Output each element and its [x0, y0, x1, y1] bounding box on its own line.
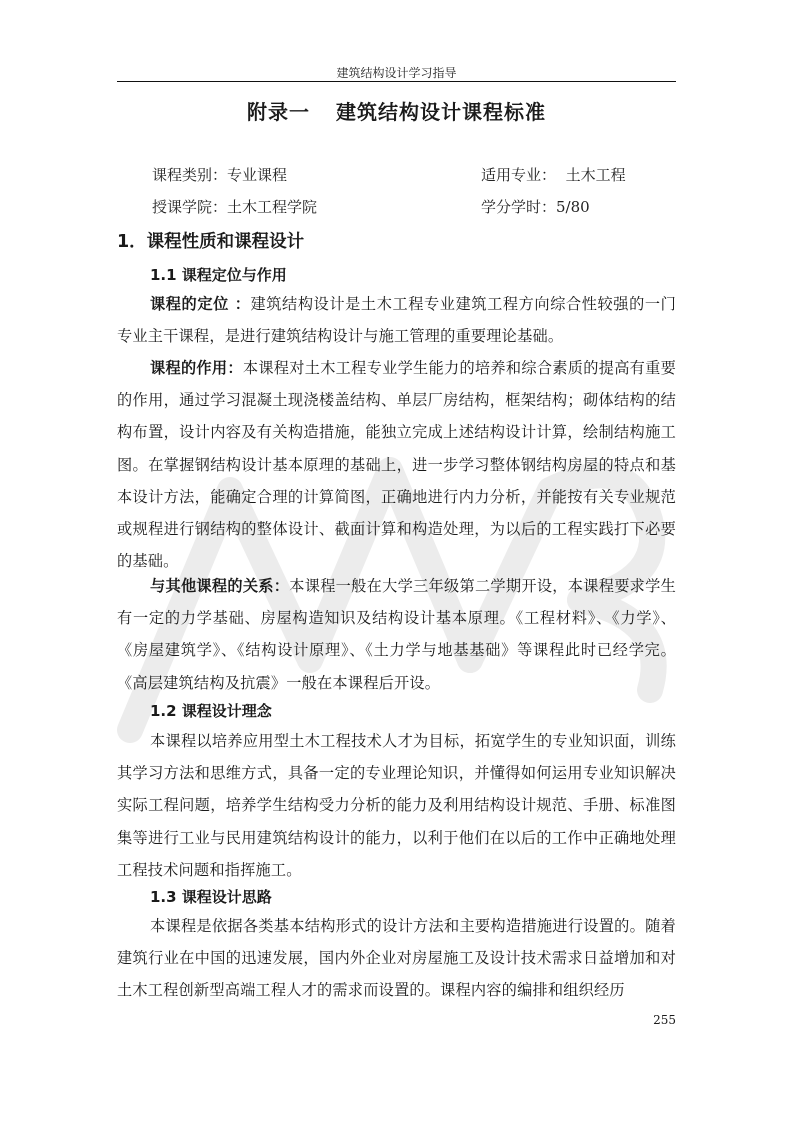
course-category: 课程类别：专业课程	[152, 164, 287, 185]
teaching-college-label: 授课学院：	[152, 198, 227, 216]
paragraph-course-role: 课程的作用：本课程对土木工程专业学生能力的培养和综合素质的提高有重要的作用，通过…	[117, 352, 676, 577]
paragraph-course-positioning: 课程的定位 ：建筑结构设计是土木工程专业建筑工程方向综合性较强的一门专业主干课程…	[117, 288, 676, 352]
section-heading-1-1: 1.1 课程定位与作用	[150, 264, 287, 285]
title-main: 建筑结构设计课程标准	[336, 100, 546, 124]
title-prefix: 附录一	[247, 100, 310, 124]
section-heading-1: 1．课程性质和课程设计	[117, 228, 304, 253]
teaching-college: 授课学院：土木工程学院	[152, 196, 317, 217]
credits-hours: 学分学时：5/80	[481, 196, 590, 217]
paragraph-course-relation: 与其他课程的关系：本课程一般在大学三年级第二学期开设，本课程要求学生有一定的力学…	[117, 570, 676, 699]
teaching-college-value: 土木工程学院	[227, 198, 317, 216]
section-heading-1-3: 1.3 课程设计思路	[150, 886, 272, 907]
paragraph-design-concept: 本课程以培养应用型土木工程技术人才为目标，拓宽学生的专业知识面，训练其学习方法和…	[117, 725, 676, 886]
role-text: 本课程对土木工程专业学生能力的培养和综合素质的提高有重要的作用，通过学习混凝土现…	[117, 359, 676, 570]
credits-hours-value: 5/80	[556, 198, 590, 216]
applicable-major: 适用专业： 土木工程	[481, 164, 626, 185]
page-number: 255	[640, 1013, 676, 1027]
positioning-label: 课程的定位 ：	[150, 295, 251, 313]
page-title: 附录一建筑结构设计课程标准	[0, 96, 793, 125]
course-category-value: 专业课程	[227, 166, 287, 184]
running-header: 建筑结构设计学习指导	[0, 64, 793, 81]
relation-label: 与其他课程的关系：	[150, 577, 289, 595]
credits-hours-label: 学分学时：	[481, 198, 556, 216]
paragraph-design-approach: 本课程是依据各类基本结构形式的设计方法和主要构造措施进行设置的。随着建筑行业在中…	[117, 910, 676, 1007]
applicable-major-value: 土木工程	[566, 166, 626, 184]
section-heading-1-2: 1.2 课程设计理念	[150, 700, 272, 721]
course-category-label: 课程类别：	[152, 166, 227, 184]
header-divider	[117, 81, 676, 82]
applicable-major-label: 适用专业：	[481, 166, 556, 184]
role-label: 课程的作用：	[150, 359, 243, 377]
